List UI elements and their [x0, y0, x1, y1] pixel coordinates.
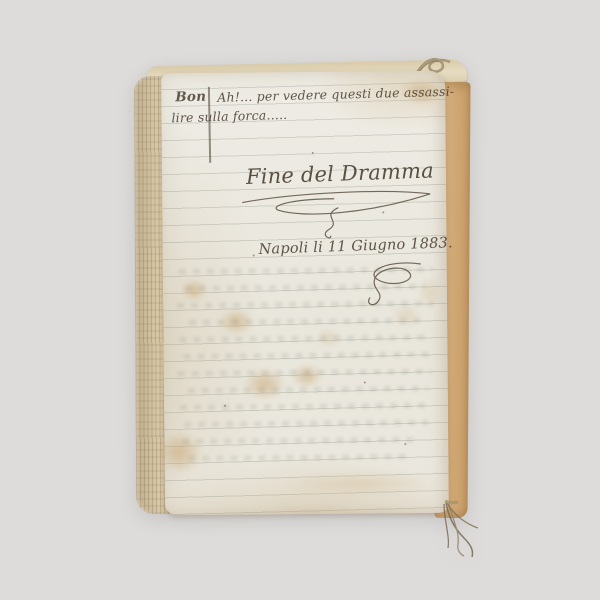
manuscript-book: Bon Ah!... per vedere questi due assassi…	[133, 60, 473, 525]
speck	[364, 381, 366, 383]
ghost-writing	[189, 318, 427, 325]
speaker-label: Bon	[175, 89, 206, 106]
dialogue-line-2: lire sulla forca.....	[171, 107, 287, 125]
speck	[253, 254, 255, 256]
ghost-writing	[182, 437, 418, 444]
ghost-writing	[188, 454, 410, 461]
closing-title: Fine del Dramma	[246, 158, 435, 189]
ghost-writing	[184, 352, 430, 359]
stain	[281, 473, 439, 494]
manuscript-page: Bon Ah!... per vedere questi due assassi…	[161, 71, 449, 515]
ghost-writing	[180, 403, 430, 410]
stain	[292, 364, 322, 388]
tassel-threads-icon	[436, 500, 484, 558]
stain	[156, 431, 202, 473]
photo-canvas: Bon Ah!... per vedere questi due assassi…	[0, 0, 600, 600]
ghost-writing	[179, 335, 431, 342]
ghost-writing	[188, 386, 428, 393]
ghost-writing	[184, 420, 428, 427]
speck	[224, 405, 226, 407]
margin-rule-line	[208, 87, 211, 163]
speck	[404, 443, 406, 445]
date-flourish-icon	[347, 259, 431, 312]
speck	[312, 152, 314, 154]
